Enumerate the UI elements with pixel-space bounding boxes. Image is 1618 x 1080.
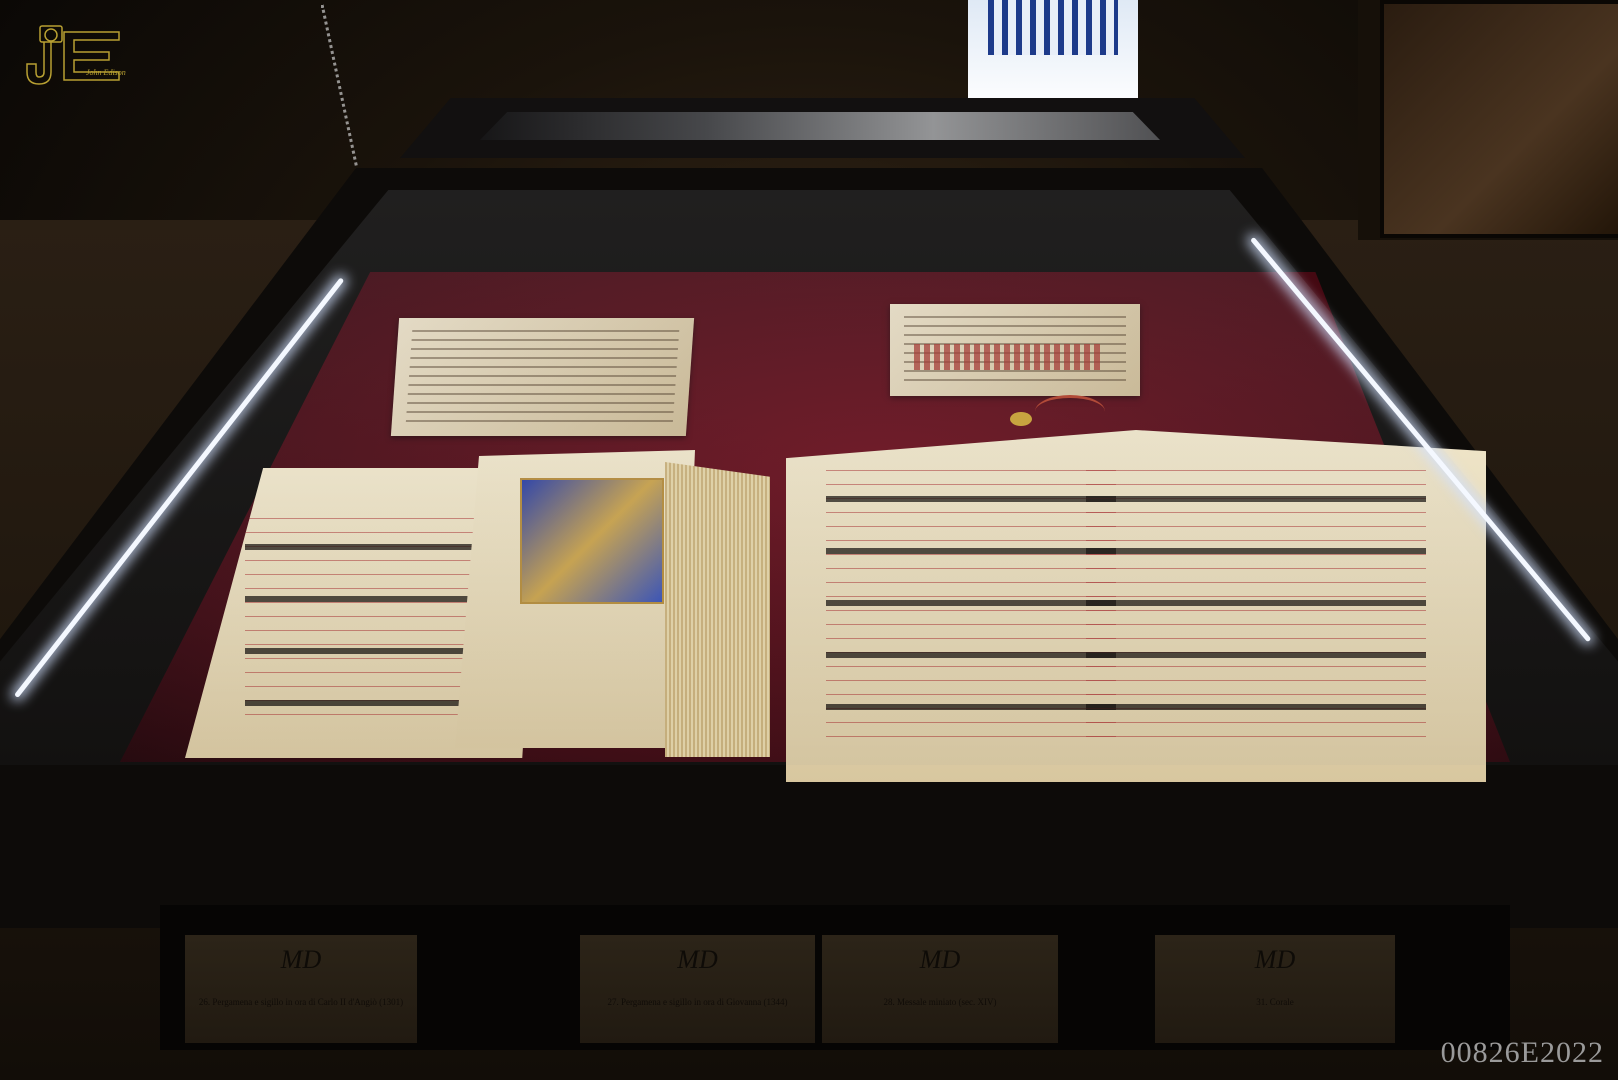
watermark-logo: John Edison bbox=[24, 24, 129, 94]
label-caption: 26. Pergamena e sigillo in ora di Carlo … bbox=[185, 997, 417, 1007]
label-caption: 28. Messale miniato (sec. XIV) bbox=[822, 997, 1058, 1007]
watermark-code: 00826E2022 bbox=[1441, 1036, 1604, 1070]
label-caption: 31. Corale bbox=[1155, 997, 1395, 1007]
exhibit-label: MD26. Pergamena e sigillo in ora di Carl… bbox=[185, 935, 417, 1043]
camera-je-logo-icon bbox=[24, 24, 129, 94]
museum-logo: MD bbox=[1255, 945, 1295, 975]
museum-logo: MD bbox=[281, 945, 321, 975]
museum-logo: MD bbox=[920, 945, 960, 975]
exhibit-label: MD31. Corale bbox=[1155, 935, 1395, 1043]
rear-case-glass bbox=[480, 112, 1160, 140]
photographer-name: John Edison bbox=[86, 68, 126, 77]
balcony-railing bbox=[988, 0, 1118, 55]
exhibit-label: MD27. Pergamena e sigillo in ora di Giov… bbox=[580, 935, 815, 1043]
background-painting bbox=[1380, 0, 1618, 238]
label-caption: 27. Pergamena e sigillo in ora di Giovan… bbox=[580, 997, 815, 1007]
exhibit-label: MD28. Messale miniato (sec. XIV) bbox=[822, 935, 1058, 1043]
doorway bbox=[968, 0, 1138, 110]
rear-display-case bbox=[400, 98, 1245, 158]
museum-logo: MD bbox=[677, 945, 717, 975]
